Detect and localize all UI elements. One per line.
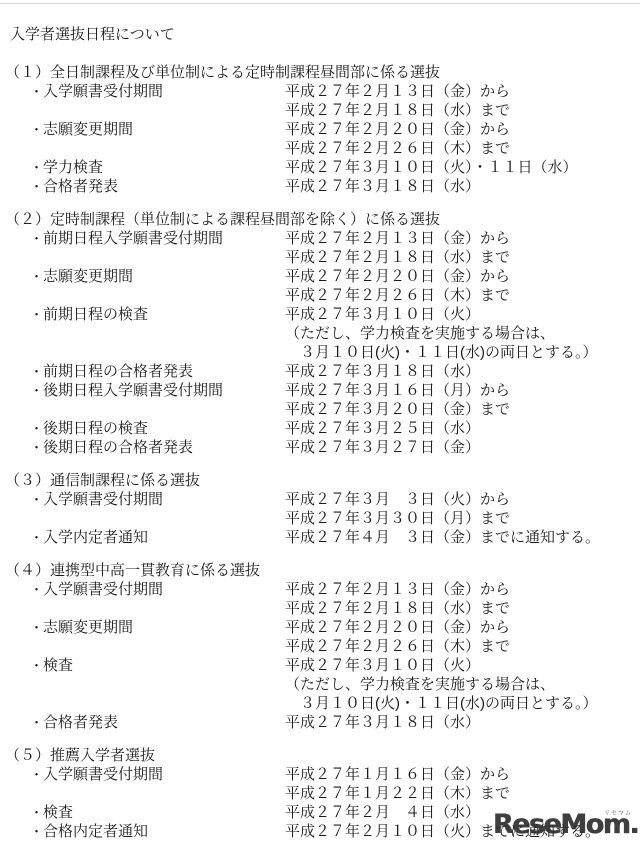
item-label-text: 志願変更期間 [43,619,133,636]
date-line: 平成２７年２月２６日（木）まで [285,637,640,656]
item-label: ・前期日程の合格者発表 [5,362,285,381]
date-line: 平成２７年２月１３日（金）から [285,580,640,599]
section-items: ・入学願書受付期間 平成２７年２月１３日（金）から平成２７年２月１８日（水）まで… [5,82,640,196]
section-title: 通信制課程に係る選抜 [50,472,200,489]
item-label: ・検査 [5,803,285,822]
bullet-icon: ・ [30,419,43,438]
item-label-text: 入学願書受付期間 [43,581,163,598]
item-date-lines: 平成２７年２月２０日（金）から平成２７年２月２６日（木）まで [285,267,640,305]
selection-section: （２）定時制課程（単位制による課程昼間部を除く）に係る選抜 ・前期日程入学願書受… [0,210,640,457]
schedule-item: ・志願変更期間 平成２７年２月２０日（金）から平成２７年２月２６日（木）まで [5,120,640,158]
section-number: （４） [5,562,50,579]
bullet-icon: ・ [30,438,43,457]
selection-section: （５）推薦入学者選抜 ・入学願書受付期間 平成２７年１月１６日（金）から平成２７… [0,746,640,841]
date-line: 平成２７年２月２６日（木）まで [285,139,640,158]
date-line: 平成２７年３月１６日（月）から [285,381,640,400]
schedule-item: ・合格者発表 平成２７年３月１８日（水） [5,713,640,732]
item-label-text: 入学願書受付期間 [43,766,163,783]
item-date-lines: 平成２７年３月１０日（火）（ただし、学力検査を実施する場合は、 ３月１０日(火)… [285,305,640,362]
schedule-item: ・後期日程の検査 平成２７年３月２５日（水） [5,419,640,438]
bullet-icon: ・ [30,177,43,196]
item-label-text: 入学願書受付期間 [43,491,163,508]
section-items: ・前期日程入学願書受付期間 平成２７年２月１３日（金）から平成２７年２月１８日（… [5,229,640,457]
item-label-text: 前期日程の検査 [43,306,148,323]
section-items: ・入学願書受付期間 平成２７年３月 ３日（火）から平成２７年３月３０日（月）まで… [5,490,640,547]
item-label: ・志願変更期間 [5,120,285,139]
item-label: ・入学願書受付期間 [5,580,285,599]
date-line: （ただし、学力検査を実施する場合は、 [285,324,640,343]
date-line: 平成２７年３月１０日（火）・１１日（水） [285,158,640,177]
schedule-item: ・後期日程の合格者発表 平成２７年３月２７日（金） [5,438,640,457]
date-line: 平成２７年３月１８日（水） [285,177,640,196]
item-label-text: 検査 [43,657,73,674]
item-label-text: 合格者発表 [43,714,118,731]
item-label-text: 前期日程入学願書受付期間 [43,230,223,247]
item-label: ・前期日程入学願書受付期間 [5,229,285,248]
section-heading: （３）通信制課程に係る選抜 [5,471,640,490]
section-items: ・入学願書受付期間 平成２７年２月１３日（金）から平成２７年２月１８日（水）まで… [5,580,640,732]
section-number: （２） [5,211,50,228]
date-line: 平成２７年２月２０日（金）から [285,618,640,637]
item-date-lines: 平成２７年２月 ４日（水） [285,803,640,822]
top-divider [0,3,640,4]
bullet-icon: ・ [30,803,43,822]
section-number: （１） [5,64,50,81]
schedule-item: ・入学願書受付期間 平成２７年３月 ３日（火）から平成２７年３月３０日（月）まで [5,490,640,528]
schedule-item: ・後期日程入学願書受付期間 平成２７年３月１６日（月）から平成２７年３月２０日（… [5,381,640,419]
section-items: ・入学願書受付期間 平成２７年１月１６日（金）から平成２７年１月２２日（木）まで… [5,765,640,841]
schedule-item: ・合格内定者通知 平成２７年２月１０日（火）までに通知する。 [5,822,640,841]
bullet-icon: ・ [30,765,43,784]
item-label: ・合格者発表 [5,713,285,732]
schedule-item: ・検査 平成２７年２月 ４日（水） [5,803,640,822]
date-line: 平成２７年３月２７日（金） [285,438,640,457]
schedule-item: ・学力検査 平成２７年３月１０日（火）・１１日（水） [5,158,640,177]
date-line: 平成２７年２月１０日（火）までに通知する。 [285,822,640,841]
item-label-text: 入学内定者通知 [43,529,148,546]
item-label: ・入学願書受付期間 [5,82,285,101]
date-line: 平成２７年２月１３日（金）から [285,229,640,248]
item-label: ・学力検査 [5,158,285,177]
schedule-item: ・前期日程の合格者発表 平成２７年３月１８日（水） [5,362,640,381]
date-line: 平成２７年２月１８日（水）まで [285,599,640,618]
bullet-icon: ・ [30,158,43,177]
schedule-item: ・検査 平成２７年３月１０日（火）（ただし、学力検査を実施する場合は、 ３月１０… [5,656,640,713]
date-line: 平成２７年２月２６日（木）まで [285,286,640,305]
bullet-icon: ・ [30,305,43,324]
date-line: 平成２７年３月２０日（金）まで [285,400,640,419]
date-line: 平成２７年２月 ４日（水） [285,803,640,822]
item-label-text: 学力検査 [43,159,103,176]
item-label: ・合格内定者通知 [5,822,285,841]
date-line: ３月１０日(火)・１１日(水)の両日とする。） [285,343,640,362]
date-line: 平成２７年２月２０日（金）から [285,120,640,139]
date-line: 平成２７年３月１０日（火） [285,305,640,324]
bullet-icon: ・ [30,362,43,381]
item-label: ・入学願書受付期間 [5,490,285,509]
schedule-item: ・入学願書受付期間 平成２７年２月１３日（金）から平成２７年２月１８日（水）まで [5,580,640,618]
bullet-icon: ・ [30,822,43,841]
date-line: 平成２７年３月２５日（水） [285,419,640,438]
item-label-text: 後期日程入学願書受付期間 [43,382,223,399]
date-line: 平成２７年３月１８日（水） [285,362,640,381]
date-line: 平成２７年２月１８日（水）まで [285,101,640,120]
item-label: ・志願変更期間 [5,618,285,637]
section-number: （５） [5,747,50,764]
date-line: 平成２７年１月１６日（金）から [285,765,640,784]
schedule-item: ・入学内定者通知 平成２７年４月 ３日（金）までに通知する。 [5,528,640,547]
item-date-lines: 平成２７年２月２０日（金）から平成２７年２月２６日（木）まで [285,120,640,158]
item-date-lines: 平成２７年３月１８日（水） [285,177,640,196]
date-line: 平成２７年２月１８日（水）まで [285,248,640,267]
bullet-icon: ・ [30,490,43,509]
date-line: 平成２７年４月 ３日（金）までに通知する。 [285,528,640,547]
item-date-lines: 平成２７年２月１３日（金）から平成２７年２月１８日（水）まで [285,82,640,120]
item-label-text: 合格者発表 [43,178,118,195]
item-date-lines: 平成２７年３月２７日（金） [285,438,640,457]
bullet-icon: ・ [30,82,43,101]
item-date-lines: 平成２７年２月１３日（金）から平成２７年２月１８日（水）まで [285,229,640,267]
item-date-lines: 平成２７年２月１０日（火）までに通知する。 [285,822,640,841]
item-label: ・合格者発表 [5,177,285,196]
section-title: 連携型中高一貫教育に係る選抜 [50,562,260,579]
section-title: 定時制課程（単位制による課程昼間部を除く）に係る選抜 [50,211,440,228]
date-line: 平成２７年３月１０日（火） [285,656,640,675]
item-label: ・入学願書受付期間 [5,765,285,784]
item-label: ・後期日程の検査 [5,419,285,438]
item-label: ・検査 [5,656,285,675]
date-line: 平成２７年２月２０日（金）から [285,267,640,286]
section-heading: （４）連携型中高一貫教育に係る選抜 [5,561,640,580]
schedule-item: ・前期日程の検査 平成２７年３月１０日（火）（ただし、学力検査を実施する場合は、… [5,305,640,362]
item-date-lines: 平成２７年２月２０日（金）から平成２７年２月２６日（木）まで [285,618,640,656]
item-date-lines: 平成２７年３月１０日（火）（ただし、学力検査を実施する場合は、 ３月１０日(火)… [285,656,640,713]
item-label: ・入学内定者通知 [5,528,285,547]
date-line: 平成２７年３月 ３日（火）から [285,490,640,509]
bullet-icon: ・ [30,580,43,599]
selection-section: （３）通信制課程に係る選抜 ・入学願書受付期間 平成２７年３月 ３日（火）から平… [0,471,640,547]
section-title: 全日制課程及び単位制による定時制課程昼間部に係る選抜 [50,64,440,81]
item-date-lines: 平成２７年３月 ３日（火）から平成２７年３月３０日（月）まで [285,490,640,528]
bullet-icon: ・ [30,267,43,286]
schedule-item: ・志願変更期間 平成２７年２月２０日（金）から平成２７年２月２６日（木）まで [5,618,640,656]
bullet-icon: ・ [30,713,43,732]
item-label-text: 前期日程の合格者発表 [43,363,193,380]
section-title: 推薦入学者選抜 [50,747,155,764]
bullet-icon: ・ [30,528,43,547]
item-date-lines: 平成２７年３月１８日（水） [285,362,640,381]
schedule-item: ・入学願書受付期間 平成２７年２月１３日（金）から平成２７年２月１８日（水）まで [5,82,640,120]
item-label-text: 検査 [43,804,73,821]
item-label: ・後期日程入学願書受付期間 [5,381,285,400]
item-label-text: 後期日程の検査 [43,420,148,437]
schedule-item: ・合格者発表 平成２７年３月１８日（水） [5,177,640,196]
item-date-lines: 平成２７年４月 ３日（金）までに通知する。 [285,528,640,547]
date-line: 平成２７年２月１３日（金）から [285,82,640,101]
date-line: 平成２７年３月３０日（月）まで [285,509,640,528]
section-heading: （１）全日制課程及び単位制による定時制課程昼間部に係る選抜 [5,63,640,82]
document-page: 入学者選抜日程について （１）全日制課程及び単位制による定時制課程昼間部に係る選… [0,0,640,845]
selection-section: （４）連携型中高一貫教育に係る選抜 ・入学願書受付期間 平成２７年２月１３日（金… [0,561,640,732]
item-label: ・志願変更期間 [5,267,285,286]
item-label: ・前期日程の検査 [5,305,285,324]
date-line: ３月１０日(火)・１１日(水)の両日とする。） [285,694,640,713]
item-label-text: 志願変更期間 [43,121,133,138]
bullet-icon: ・ [30,120,43,139]
date-line: 平成２７年３月１８日（水） [285,713,640,732]
page-title: 入学者選抜日程について [0,0,640,49]
item-date-lines: 平成２７年３月２５日（水） [285,419,640,438]
bullet-icon: ・ [30,656,43,675]
bullet-icon: ・ [30,229,43,248]
bullet-icon: ・ [30,618,43,637]
item-label-text: 入学願書受付期間 [43,83,163,100]
item-label-text: 後期日程の合格者発表 [43,439,193,456]
item-label: ・後期日程の合格者発表 [5,438,285,457]
item-date-lines: 平成２７年３月１８日（水） [285,713,640,732]
item-label-text: 志願変更期間 [43,268,133,285]
schedule-item: ・志願変更期間 平成２７年２月２０日（金）から平成２７年２月２６日（木）まで [5,267,640,305]
bullet-icon: ・ [30,381,43,400]
date-line: 平成２７年１月２２日（木）まで [285,784,640,803]
item-label-text: 合格内定者通知 [43,823,148,840]
section-heading: （５）推薦入学者選抜 [5,746,640,765]
item-date-lines: 平成２７年２月１３日（金）から平成２７年２月１８日（水）まで [285,580,640,618]
schedule-item: ・入学願書受付期間 平成２７年１月１６日（金）から平成２７年１月２２日（木）まで [5,765,640,803]
item-date-lines: 平成２７年３月１０日（火）・１１日（水） [285,158,640,177]
section-heading: （２）定時制課程（単位制による課程昼間部を除く）に係る選抜 [5,210,640,229]
section-number: （３） [5,472,50,489]
item-date-lines: 平成２７年３月１６日（月）から平成２７年３月２０日（金）まで [285,381,640,419]
item-date-lines: 平成２７年１月１６日（金）から平成２７年１月２２日（木）まで [285,765,640,803]
selection-section: （１）全日制課程及び単位制による定時制課程昼間部に係る選抜 ・入学願書受付期間 … [0,63,640,196]
schedule-item: ・前期日程入学願書受付期間 平成２７年２月１３日（金）から平成２７年２月１８日（… [5,229,640,267]
date-line: （ただし、学力検査を実施する場合は、 [285,675,640,694]
sections-container: （１）全日制課程及び単位制による定時制課程昼間部に係る選抜 ・入学願書受付期間 … [0,63,640,841]
